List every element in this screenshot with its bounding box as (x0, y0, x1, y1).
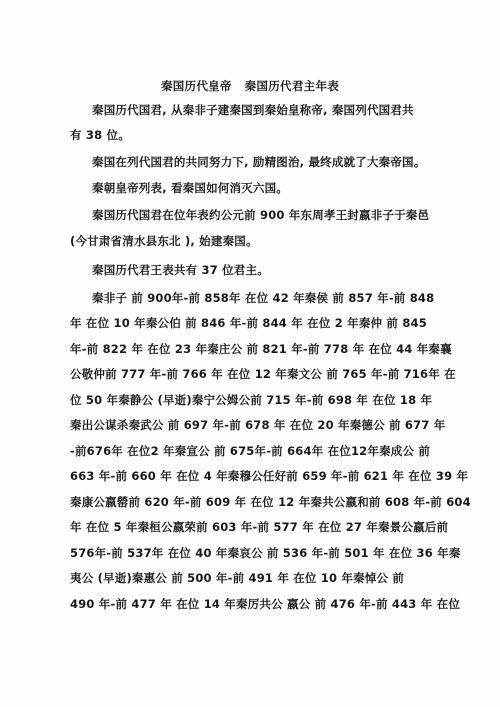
body-line: 有 38 位。 (70, 127, 130, 143)
body-line: 秦国历代国君, 从秦非子建秦国到秦始皇称帝, 秦国列代国君共 (92, 102, 414, 118)
body-line: (今甘肃省清水县东北 ), 始建秦国。 (70, 233, 258, 249)
body-line: 490 年-前 477 年 在位 14 年秦厉共公 嬴公 前 476 年-前 4… (70, 596, 460, 612)
document-title: 秦国历代皇帝 秦国历代君主年表 (0, 78, 500, 94)
body-line: 年-前 822 年 在位 23 年秦庄公 前 821 年-前 778 年 在位 … (70, 341, 452, 357)
body-line: 663 年-前 660 年 在位 4 年秦穆公任好前 659 年-前 621 年… (70, 468, 468, 484)
body-line: 秦国历代君王表共有 37 位君主。 (92, 262, 269, 278)
body-line: 秦国历代国君在位年表约公元前 900 年东周孝王封嬴非子于秦邑 (92, 207, 429, 223)
body-line: 秦出公谋杀秦武公 前 697 年-前 678 年 在位 20 年秦德公 前 67… (70, 417, 445, 433)
body-line: 夷公 (早逝)秦惠公 前 500 年-前 491 年 在位 10 年秦悼公 前 (70, 570, 404, 586)
document-page: 秦国历代皇帝 秦国历代君主年表 秦国历代国君, 从秦非子建秦国到秦始皇称帝, 秦… (0, 0, 500, 707)
body-line: 秦康公嬴罃前 620 年-前 609 年 在位 12 年秦共公嬴和前 608 年… (70, 494, 471, 510)
body-line: 年 在位 10 年秦公伯 前 846 年-前 844 年 在位 2 年秦仲 前 … (70, 315, 427, 331)
body-line: 位 50 年秦静公 (早逝)秦宁公姆公前 715 年-前 698 年 在位 18… (70, 392, 432, 408)
body-line: -前676年 在位2 年秦宣公 前 675年-前 664年 在位12年秦成公 前 (70, 443, 430, 459)
body-line: 公敬仲前 777 年-前 766 年 在位 12 年秦文公 前 765 年-前 … (70, 366, 456, 382)
body-line: 秦国在列代国君的共同努力下, 励精图治, 最终成就了大秦帝国。 (92, 154, 425, 170)
body-line: 576年-前 537年 在位 40 年秦哀公 前 536 年-前 501 年 在… (70, 545, 461, 561)
body-line: 秦非子 前 900年-前 858年 在位 42 年秦侯 前 857 年-前 84… (92, 290, 434, 306)
body-line: 年 在位 5 年秦桓公嬴荣前 603 年-前 577 年 在位 27 年秦景公嬴… (70, 519, 448, 535)
body-line: 秦朝皇帝列表, 看秦国如何消灭六国。 (92, 180, 288, 196)
